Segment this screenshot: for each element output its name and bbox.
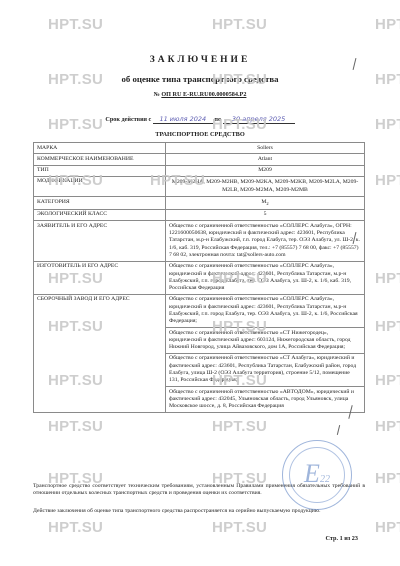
- row-label: ЗАЯВИТЕЛЬ И ЕГО АДРЕС: [34, 221, 166, 261]
- approval-stamp: E22: [282, 440, 352, 510]
- number-value: ОП RU E-RU.RU00.0000584.Р2: [161, 91, 246, 98]
- row-value: M2: [166, 197, 365, 209]
- validity-to-label: по: [214, 116, 221, 123]
- category-subscript: 2: [266, 201, 268, 206]
- table-row: КОММЕРЧЕСКОЕ НАИМЕНОВАНИЕ Atlant: [34, 154, 365, 165]
- row-value: Atlant: [166, 154, 365, 165]
- vehicle-spec-table: МАРКА Sollers КОММЕРЧЕСКОЕ НАИМЕНОВАНИЕ …: [33, 142, 365, 413]
- watermark: HPT.SU: [212, 418, 267, 435]
- row-value: M209-M2HA, M209-M2HB, M209-M2KA, M209-M2…: [166, 176, 365, 197]
- table-row: КАТЕГОРИЯ M2: [34, 197, 365, 209]
- watermark: HPT.SU: [48, 16, 103, 33]
- table-row: МАРКА Sollers: [34, 143, 365, 154]
- row-label: ИЗГОТОВИТЕЛЬ И ЕГО АДРЕС: [34, 261, 166, 294]
- table-row: СБОРОЧНЫЙ ЗАВОД И ЕГО АДРЕС Общество с о…: [34, 294, 365, 327]
- number-prefix: №: [154, 91, 160, 98]
- assembly-plant-4: Общество с ограниченной ответственностью…: [166, 387, 365, 413]
- row-value: M209: [166, 165, 365, 176]
- row-value: Общество с ограниченной ответственностью…: [166, 221, 365, 261]
- row-label: КОММЕРЧЕСКОЕ НАИМЕНОВАНИЕ: [34, 154, 166, 165]
- stamp-mark: E22: [283, 459, 351, 489]
- document-title: ЗАКЛЮЧЕНИЕ: [0, 55, 400, 65]
- validity-from-label: Срок действия с: [105, 116, 151, 123]
- watermark: HPT.SU: [48, 519, 103, 536]
- assembly-plant-3: Общество с ограниченной ответственностью…: [166, 353, 365, 386]
- watermark: HPT.SU: [375, 418, 400, 435]
- table-row: ЭКОЛОГИЧЕСКИЙ КЛАСС 5: [34, 209, 365, 220]
- row-label: СБОРОЧНЫЙ ЗАВОД И ЕГО АДРЕС: [34, 294, 166, 412]
- watermark: HPT.SU: [375, 318, 400, 335]
- row-label: ЭКОЛОГИЧЕСКИЙ КЛАСС: [34, 209, 166, 220]
- page-number: Стр. 1 из 23: [326, 535, 358, 542]
- watermark: HPT.SU: [375, 172, 400, 189]
- section-title: ТРАНСПОРТНОЕ СРЕДСТВО: [0, 131, 400, 138]
- validity-period: Срок действия с 11 июля 2024 по 30 апрел…: [0, 115, 400, 124]
- table-row: ИЗГОТОВИТЕЛЬ И ЕГО АДРЕС Общество с огра…: [34, 261, 365, 294]
- stamp-letter: E: [304, 459, 320, 488]
- watermark: HPT.SU: [375, 519, 400, 536]
- stamp-number: 22: [320, 474, 330, 485]
- row-value: Sollers: [166, 143, 365, 154]
- table-row: МОДИФИКАЦИИ M209-M2HA, M209-M2HB, M209-M…: [34, 176, 365, 197]
- row-value: 5: [166, 209, 365, 220]
- validity-from-value: 11 июля 2024: [153, 115, 213, 124]
- pen-mark: [337, 425, 340, 435]
- assembly-plant-2: Общество с ограниченной ответственностью…: [166, 328, 365, 354]
- validity-to-value: 30 апреля 2025: [223, 115, 295, 124]
- watermark: HPT.SU: [212, 16, 267, 33]
- document-subtitle: об оценке типа транспортного средства: [0, 74, 400, 84]
- watermark: HPT.SU: [212, 519, 267, 536]
- table-row: ЗАЯВИТЕЛЬ И ЕГО АДРЕС Общество с огранич…: [34, 221, 365, 261]
- table-row: ТИП M209: [34, 165, 365, 176]
- watermark: HPT.SU: [48, 418, 103, 435]
- row-label: МАРКА: [34, 143, 166, 154]
- watermark: HPT.SU: [375, 372, 400, 389]
- row-label: ТИП: [34, 165, 166, 176]
- row-label: МОДИФИКАЦИИ: [34, 176, 166, 197]
- watermark: HPT.SU: [375, 470, 400, 487]
- assembly-plant-1: Общество с ограниченной ответственностью…: [166, 294, 365, 327]
- watermark: HPT.SU: [375, 16, 400, 33]
- document-number: № ОП RU E-RU.RU00.0000584.Р2: [0, 91, 400, 98]
- row-label: КАТЕГОРИЯ: [34, 197, 166, 209]
- watermark: HPT.SU: [375, 270, 400, 287]
- row-value: Общество с ограниченной ответственностью…: [166, 261, 365, 294]
